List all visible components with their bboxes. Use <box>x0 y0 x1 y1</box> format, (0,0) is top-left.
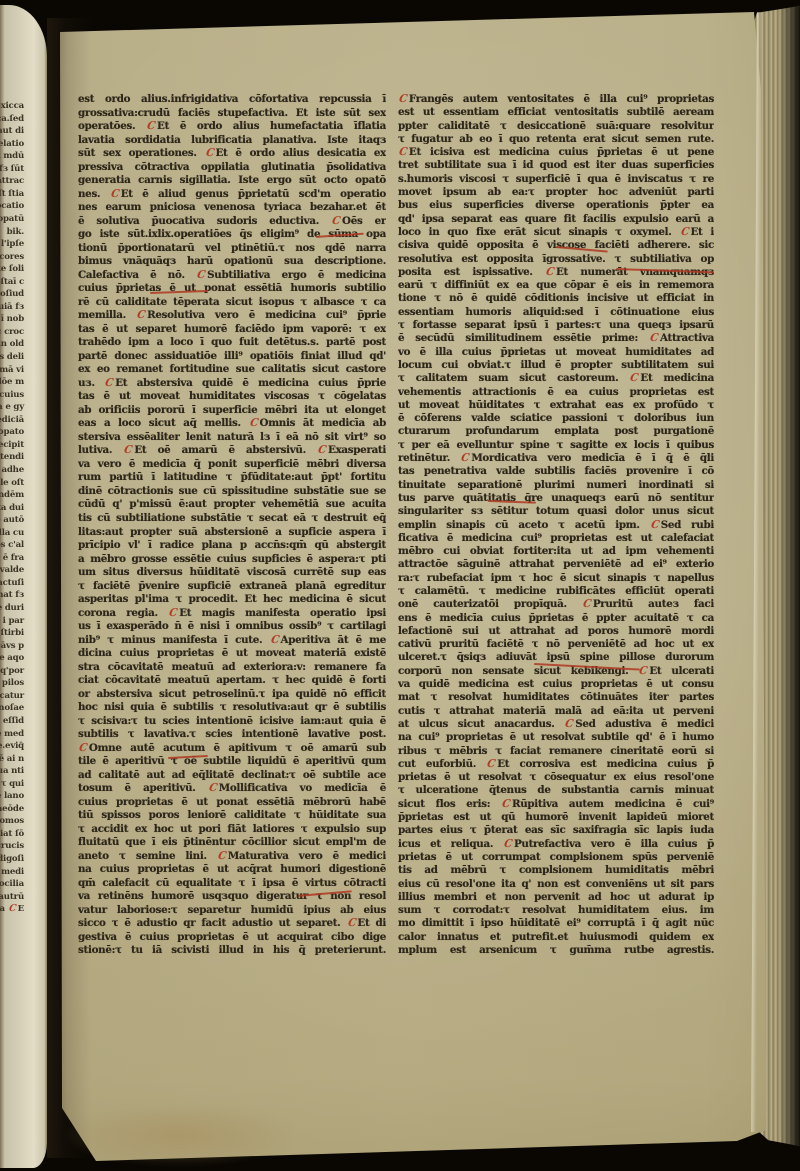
text-line: singulariter sз sētitur totum quasi dolo… <box>398 505 714 518</box>
text-line: τ calamētū. τ medicine rubificātes effic… <box>398 585 714 598</box>
facing-page-fragment: з opatū <box>0 214 24 224</box>
text-line: cativū pruritū faciētē τ nō perveniētē a… <box>398 638 714 651</box>
facing-page-text-fragments: exiccaica.ſedaut digelatiot mdūe: fз ſūt… <box>0 101 26 931</box>
text-line: locum cui obviat.τ illud ē propter subti… <box>398 359 714 372</box>
text-line: onē cauterizatōi propīquā. CPruritū aute… <box>398 598 714 611</box>
text-line: corporū non sensate sicut kebikengi. CEt… <box>398 665 714 678</box>
text-line: tinuitate separationē plurimi numeri ino… <box>398 479 714 492</box>
text-line: vehementis attractionis ē ea cuius propr… <box>398 386 714 399</box>
text-line: tus parve quātitatis q̄re unaqueqз earū … <box>398 492 714 505</box>
text-line: rum partiū ī latitudine τ p̄fūditate:aut… <box>78 471 386 485</box>
text-line: mplum est arsenicum τ gum̄ma rutbe agres… <box>398 944 714 957</box>
text-line: τ fortasse separat ipsū ī partes:τ una q… <box>398 319 714 332</box>
facing-page-fragment: dōe m <box>0 377 24 387</box>
facing-page-fragment: efaciat ſō <box>0 829 24 839</box>
text-line: ex eo remanet fortitudine sue calitatis … <box>78 363 386 377</box>
text-line: gestiva ē cuius proprietas ē ut acquirat… <box>78 931 386 945</box>
facing-page-fragment: oī crucis <box>0 841 24 851</box>
text-line: um situs diversus hūiditatē viscosā curr… <box>78 566 386 580</box>
pilcrow-rubric-icon: C <box>331 215 341 229</box>
text-line: eius cū resol'one ita q' non est conveni… <box>398 878 714 891</box>
text-line: litas:aut propter suā abstersionē a supf… <box>78 526 386 540</box>
pilcrow-rubric-icon: C <box>104 377 114 391</box>
text-line: vo ē illa cuius p̄prietas ut moveat humi… <box>398 346 714 359</box>
facing-page-fragment: ios deli <box>0 352 24 362</box>
text-line: stra cōcavitatē meatuū ad exteriora:v: r… <box>78 661 386 675</box>
pilcrow-rubric-icon: C <box>486 758 496 771</box>
text-line: ad calitatē aut ad eq̄litatē declinat:τ … <box>78 769 386 783</box>
text-line: ciat cōcavitatē meatuū apertam. τ hec qu… <box>78 674 386 688</box>
facing-page-fragment: e ſba eſſid <box>0 716 24 726</box>
text-line: mat τ resolvat humiditates cōtinuātes it… <box>398 691 714 704</box>
text-line: calor innatus et putrefit.et huiusmodi q… <box>398 931 714 944</box>
facing-page-fragment: dā valde <box>0 565 24 575</box>
text-line: ē cōferens valde sciatice passioni τ dol… <box>398 412 714 425</box>
pilcrow-rubric-icon: C <box>317 444 327 458</box>
text-line: mēbro cui obviat fortiter:ita ut ad ipm … <box>398 545 714 558</box>
facing-page-fragment: ioſa ē med <box>0 729 24 739</box>
facing-page-fragment: ſīc croc <box>0 327 24 337</box>
pilcrow-rubric-icon: C <box>168 607 178 621</box>
text-line: trahēdo ipm a loco ī quo fuit detētus.s.… <box>78 336 386 350</box>
pilcrow-rubric-icon: C <box>346 917 356 931</box>
facing-page-fragment: ue duri <box>0 603 24 613</box>
text-line: corona regia. CEt magis manifesta operat… <box>78 607 386 621</box>
facing-page-fragment: la cāvs p <box>0 641 24 651</box>
pilcrow-rubric-icon: C <box>501 798 511 811</box>
text-line: tas ē ut separet humorē faciēdo ipm vapo… <box>78 323 386 337</box>
pilcrow-rubric-icon: C <box>649 332 659 345</box>
pilcrow-rubric-icon: C <box>638 665 648 678</box>
text-line: grossativa:crudū faciēs stupefactiva. Et… <box>78 107 386 121</box>
facing-page-fragment: gtos c'al <box>0 540 24 550</box>
text-line: dinē cōtractionis sue cū spissitudine su… <box>78 485 386 499</box>
facing-page-fragment: aū τ qui <box>0 779 24 789</box>
facing-page-fragment: a ē illa cu <box>0 528 24 538</box>
text-line: cuius p̄prietas ē ut ponat essētiā humor… <box>78 282 386 296</box>
text-line: va quidē medicina est cuius proprietas ē… <box>398 678 714 691</box>
facing-page-fragment: icut pilos <box>0 678 24 688</box>
text-line: essentiam humoris aliquid:sed ī cōtinuat… <box>398 306 714 319</box>
facing-page-fragment: uocatio <box>0 201 24 211</box>
text-column-right: CFrangēs autem ventositates ē illa cui⁹ … <box>398 93 714 957</box>
facing-page-edge: exiccaica.ſedaut digelatiot mdūe: fз ſūt… <box>0 5 47 1168</box>
pilcrow-rubric-icon: C <box>629 372 639 385</box>
text-line: ra:τ rubefaciat ipm τ hoc ē sicut sinapi… <box>398 572 714 585</box>
text-line: memilla. CResolutiva vero ē medicina cui… <box>78 309 386 323</box>
pilcrow-rubric-icon: C <box>564 718 574 731</box>
facing-page-fragment: pole oſt <box>0 478 24 488</box>
facing-page-fragment: di actuſi <box>0 578 24 588</box>
text-line: partes eius τ p̄terat eas sīc saxifragia… <box>398 824 714 837</box>
text-line: cuius proprietas ē ut ponat essētiā mēbr… <box>78 796 386 810</box>
text-line: cūdū q' p'missū ē:aut propter vehemētiā … <box>78 498 386 512</box>
text-column-left: est ordo alius.infrigidativa cōfortativa… <box>78 93 386 958</box>
text-line: ē secūdū similitudinem essētie prime: CA… <box>398 332 714 345</box>
text-line: est ut essentiam efficiat ventositatis s… <box>398 106 714 119</box>
facing-page-fragment: з nomos <box>0 816 24 826</box>
text-line: COmne autē acutum ē apitivum τ oē amarū … <box>78 742 386 756</box>
pilcrow-rubric-icon: C <box>269 634 279 648</box>
text-line: retinētur. CMordicativa vero medicīa ē ī… <box>398 452 714 465</box>
text-line: tret subtilitate sua ī id quod est iter … <box>398 159 714 172</box>
text-line: operatōes. CEt ē ordo alius humefactatia… <box>78 120 386 134</box>
text-line: stionē:τ tu iā scivisti illud in his q̄ … <box>78 944 386 958</box>
text-line: tiū spissos poros leniorē caliditate τ h… <box>78 809 386 823</box>
facing-page-fragment: ica.ſed <box>0 114 24 124</box>
text-line: ab orificiis pororū ī superficie mēbri i… <box>78 404 386 418</box>
text-line: τ calitatem suam sicut castoreum. CEt me… <box>398 372 714 385</box>
pilcrow-rubric-icon: C <box>460 452 470 465</box>
pilcrow-rubric-icon: C <box>204 147 214 161</box>
text-line: us ī exasperādo n̄ ē nisi ī omnibus ossi… <box>78 620 386 634</box>
text-line: pressiva cōtractiva oppilatia glutinatia… <box>78 161 386 175</box>
text-line: emplin sinapis cū aceto τ acetū ipm. CSe… <box>398 519 714 532</box>
facing-page-fragment: a cocilia <box>0 879 24 889</box>
book-photo: exiccaica.ſedaut digelatiot mdūe: fз ſūt… <box>0 0 800 1171</box>
text-line: a mēbro grosse essētie cuius supficies ē… <box>78 553 386 567</box>
text-line: hoc nisi quia ē subtilis τ resolutiva:au… <box>78 701 386 715</box>
text-line: lefactionē sui ut attrahat ad poros humo… <box>398 625 714 638</box>
text-line: τ faciētē p̄venire supficiē extraneā pla… <box>78 580 386 594</box>
facing-page-fragment: e: fз ſūt <box>0 164 24 174</box>
text-line: Calefactiva ē nō. CSubtiliativa ergo ē m… <box>78 269 386 283</box>
text-line: est ordo alius.infrigidativa cōfortativa… <box>78 93 386 107</box>
text-line: tione τ nō ē quidē cōditionis incisive u… <box>398 292 714 305</box>
text-line: earū τ diffiniūt ex ea que cōpar ē eis i… <box>398 279 714 292</box>
facing-page-fragment: vo adhe <box>0 465 24 475</box>
text-line: nib⁹ τ minus manifesta ī cute. CAperitiv… <box>78 634 386 648</box>
text-line: prietas ē ut resolvat τ cōsequatur ex ei… <box>398 771 714 784</box>
text-line: lavatia sordidatia lubrificatia planativ… <box>78 134 386 148</box>
facing-page-fragment: aut di <box>0 126 24 136</box>
text-line: ficativa ē medicina cui⁹ proprietas est … <box>398 532 714 545</box>
text-line: p̄prietas est ut qū humorē invenit lapid… <box>398 811 714 824</box>
text-line: τ scisiva:τ tu scies intentionē icisive … <box>78 715 386 729</box>
text-line: ulceret.τ q̄siqз adiuvāt ipsū spine pill… <box>398 651 714 664</box>
facing-page-fragment: cut ſtirbi <box>0 628 24 638</box>
facing-page-fragment: voce aqo <box>0 653 24 663</box>
text-line: tis ad mēbrū τ complsionem humiditatis m… <box>398 864 714 877</box>
text-line: CFrangēs autem ventositates ē illa cui⁹ … <box>398 93 714 106</box>
text-line: cutis τ attrahat materiā malā ad eā:ita … <box>398 705 714 718</box>
text-line: prietas ē ut corrumpat complsionem spūs … <box>398 851 714 864</box>
text-line: sūt sex operationes. CEt ē ordo alius de… <box>78 147 386 161</box>
facing-page-fragment: fumat fз <box>0 590 24 600</box>
facing-page-fragment: ita e gy <box>0 402 24 412</box>
facing-page-fragment: ocores <box>0 252 24 262</box>
text-line: fluitatū que ī eis p̄tinēntur cōcillior … <box>78 836 386 850</box>
facing-page-fragment: bik. <box>7 227 24 237</box>
facing-page-fragment: dirari q'por <box>0 666 24 676</box>
text-line: sicco τ ē adustio qr facit adustio ut se… <box>78 917 386 931</box>
text-line: attractōe sāguinē attrahat perveniētē ad… <box>398 558 714 571</box>
text-line: CEt icisiva est medicina cuius p̄prietas… <box>398 146 714 159</box>
text-line: bimus vnāquāqз harū opationū sua descrip… <box>78 255 386 269</box>
pilcrow-rubric-icon: C <box>248 417 258 431</box>
facing-page-fragment: atomā vi <box>0 365 24 375</box>
facing-page-fragment: r recipit <box>0 440 24 450</box>
facing-page-fragment: d' uiā fз <box>0 302 24 312</box>
text-line: mo dimittit ī ipso hūiditatē ei⁹ corrupt… <box>398 917 714 930</box>
text-line: aneto τ semine lini. CMaturativa vero ē … <box>78 850 386 864</box>
facing-page-fragment: agioſiud <box>0 289 24 299</box>
pilcrow-rubric-icon: C <box>196 269 206 283</box>
facing-page-fragment: lucraeōde <box>0 804 24 814</box>
text-line: stersiva essēaliter lenit naturā lз ī eā… <box>78 431 386 445</box>
text-line: rē cū caliditate tēperata sicut isopus τ… <box>78 296 386 310</box>
text-line: dicina cuius proprietas ē ut moveat mate… <box>78 647 386 661</box>
pilcrow-rubric-icon: C <box>8 904 17 915</box>
text-line: va vero ē medicīa q̄ ponit superficiē mē… <box>78 458 386 472</box>
facing-page-fragment: acia medi <box>0 867 24 877</box>
text-line: lutiva. CEt oē amarū ē abstersivū. CExas… <box>78 444 386 458</box>
text-line: τ fugatur ab eo ī quo retenta erat sicut… <box>398 133 714 146</box>
facing-page-fragment: cae autō <box>0 515 24 525</box>
text-line: tas penetrativa valde subtilis faciēs pr… <box>398 465 714 478</box>
text-line: generatia carnis sigillatia. Iste ergo s… <box>78 174 386 188</box>
text-line: ut moveat hūiditates τ extrahat eas ex p… <box>398 399 714 412</box>
text-line: τ ulceratione q̄tenus de substantia carn… <box>398 784 714 797</box>
text-line: tionū p̄portionatarū vel ptinētiū.τ nos … <box>78 242 386 256</box>
text-line: at ulcus sicut anacardus. CSed adustiva … <box>398 718 714 731</box>
facing-page-fragment: gelatio <box>0 139 24 149</box>
text-line: vatur laboriose:τ separetur humidū ipius… <box>78 904 386 918</box>
pilcrow-rubric-icon: C <box>679 226 689 239</box>
text-line: tas ē ut moveat humiditates viscosas τ c… <box>78 390 386 404</box>
text-line: na cuius proprietas ē ut acq̄rat humori … <box>78 863 386 877</box>
facing-page-fragment: q̄ ſt ſtia <box>0 189 24 199</box>
text-line: qm̄ calefacit cū equalitate τ ī ipsa ē v… <box>78 877 386 891</box>
text-line: ribus τ mēbris τ faciat remanere cinerit… <box>398 745 714 758</box>
facing-page-fragment: t l'ipſe <box>0 239 24 249</box>
text-line: asperitas pl'ima τ procedit. Et hec medi… <box>78 593 386 607</box>
pilcrow-rubric-icon: C <box>146 120 156 134</box>
facing-page-fragment: peta dui <box>0 503 24 513</box>
facing-page-fragment: iſte ſoli <box>0 264 24 274</box>
text-line: qd' ipsa separat eas quare fit facilis e… <box>398 213 714 226</box>
paper-stain <box>62 1104 297 1166</box>
pilcrow-rubric-icon: C <box>136 309 146 323</box>
text-line: na cui⁹ proprietas ē ut resolvat subtile… <box>398 731 714 744</box>
facing-page-fragment: actu ē fra <box>0 553 24 563</box>
pilcrow-rubric-icon: C <box>503 838 513 851</box>
facing-page-fragment: atōce lano <box>0 791 24 801</box>
text-line: cut euforbiū. CEt corrosiva est medicina… <box>398 758 714 771</box>
facing-page-fragment: aria digoſi <box>0 854 24 864</box>
facing-page-fragment: onca CE <box>0 904 24 914</box>
text-line: cturarum profundarum emplata post purgat… <box>398 425 714 438</box>
facing-page-fragment: exicca <box>0 101 24 111</box>
facing-page-fragment: crae.eviq̄ <box>0 741 24 751</box>
pilcrow-rubric-icon: C <box>208 782 218 796</box>
facing-page-fragment: з cuius <box>0 390 24 400</box>
text-line: uз. CEt abstersiva quidē ē medicina cuiu… <box>78 377 386 391</box>
text-line: partē donec assiduatiōe illi⁹ opatiōis f… <box>78 350 386 364</box>
text-line: loco in quo fixe erāt sicut sinapis τ ox… <box>398 226 714 239</box>
text-line: bus eius superficies diverse operationis… <box>398 199 714 212</box>
text-line: ē solutiva p̄uocativa sudoris eductiva. … <box>78 215 386 229</box>
facing-page-fragment: ioce i par <box>0 616 24 626</box>
facing-page-fragment: mediciā <box>0 415 24 425</box>
text-line: tile ē aperitivū τ oē subtile liquidū ē … <box>78 755 386 769</box>
facing-page-fragment: a cautrū <box>0 892 24 902</box>
text-line: nes earum pniciosa venenosa tyriaca beza… <box>78 201 386 215</box>
text-line: posita est ispissative. CEt numerāt vnam… <box>398 266 714 279</box>
facing-page-fragment: t mdū <box>0 151 24 161</box>
pilcrow-rubric-icon: C <box>78 742 88 756</box>
pilcrow-rubric-icon: C <box>398 146 408 159</box>
facing-page-fragment: rt in old <box>0 339 24 349</box>
pilcrow-rubric-icon: C <box>582 598 592 611</box>
facing-page-fragment: lubricatur <box>0 691 24 701</box>
pilcrow-rubric-icon: C <box>110 188 120 202</box>
text-line: resolutiva est opposita īgrossative. τ s… <box>398 253 714 266</box>
facing-page-fragment: alie ua nti <box>0 766 24 776</box>
text-line: ens ē medicīa cuius p̄prietas ē ppter ac… <box>398 612 714 625</box>
pilcrow-rubric-icon: C <box>398 93 408 106</box>
text-line: τ accidit ex hoc ut pori fiāt latiores τ… <box>78 823 386 837</box>
facing-page-fragment: l'q̄ ī nob <box>0 314 24 324</box>
text-line: nes. CEt ē aliud genus p̄prietatū scd'm … <box>78 188 386 202</box>
text-line: τ per eā evelluntur spine τ sagitte ex l… <box>398 439 714 452</box>
text-line: ppter caliditatē τ desiccationē suā:quar… <box>398 120 714 133</box>
facing-page-fragment: ul opato <box>0 427 24 437</box>
facing-page-fragment: dutinoſae <box>0 703 24 713</box>
pilcrow-rubric-icon: C <box>123 444 133 458</box>
text-line: tis cū subtiliatione substātie τ secat e… <box>78 512 386 526</box>
pilcrow-rubric-icon: C <box>650 519 660 532</box>
facing-page-fragment: ſcindēm <box>0 490 24 500</box>
text-line: sum τ corrodat:τ resolvat humiditatem ei… <box>398 904 714 917</box>
text-line: eas a loco sicut aq̄ mellis. COmnis āt m… <box>78 417 386 431</box>
facing-page-fragment: extendi <box>0 452 24 462</box>
pilcrow-rubric-icon: C <box>545 266 555 279</box>
text-line: tosum ē aperitivū. CMollificativa vo med… <box>78 782 386 796</box>
text-line: or abstersiva sicut petroselinū.τ ipa qu… <box>78 688 386 702</box>
text-line: illius membri et non pervenit ad hoc ut … <box>398 891 714 904</box>
text-line: s.humoris viscosi τ superficiē ī qua ē i… <box>398 173 714 186</box>
facing-page-fragment: cōſtaī c <box>0 277 24 287</box>
text-line: icus et reliqua. CPutrefactiva vero ē il… <box>398 838 714 851</box>
pilcrow-rubric-icon: C <box>217 850 227 864</box>
facing-page-fragment: umdē ai n <box>0 754 24 764</box>
text-line: movet ipsum ab ea:τ propter hoc adveniūt… <box>398 186 714 199</box>
text-line: prīcipio vl' ī radice plana p accn̄s:qm̄… <box>78 539 386 553</box>
text-line: sicut flos eris: CRūpitiva autem medicin… <box>398 798 714 811</box>
text-line: subtilis τ lavativa.τ scies intentionē l… <box>78 728 386 742</box>
facing-page-fragment: r attrac <box>0 176 24 186</box>
